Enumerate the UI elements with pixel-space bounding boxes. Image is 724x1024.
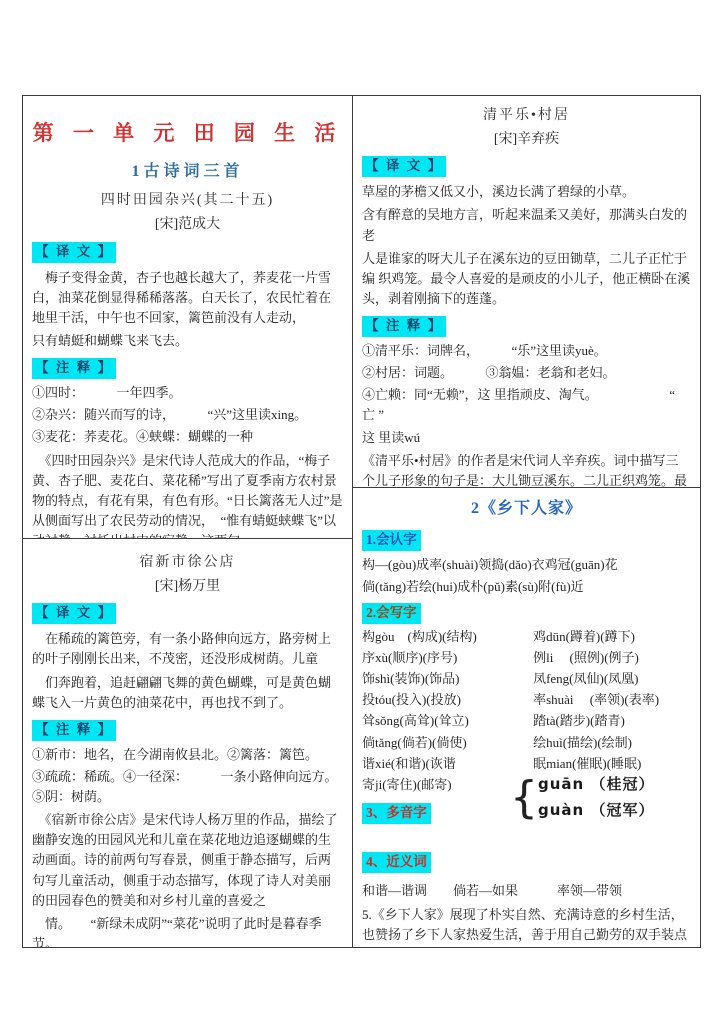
poem2-translation-2: 们奔跑着，追赶翩翩飞舞的黄色蝴蝶，可是黄色蝴蝶飞入一片黄色的油菜花中，再也找不到… — [32, 673, 343, 713]
subhead-duoyinzi: 3、多音字 — [362, 803, 431, 824]
poem1-author: [宋]范成大 — [32, 214, 343, 236]
xiezi-entry: 饰shì(装饰)(饰品) — [362, 669, 533, 689]
poem1-translation-1: 梅子变得金黄，杏子也越长越大了，荞麦花一片雪白，油菜花倒显得稀稀落落。白天长了，… — [32, 268, 343, 328]
section-poem-sishitianyuan: 第 一 单 元 田 园 生 活 1古诗词三首 四时田园杂兴(其二十五) [宋]范… — [23, 96, 352, 539]
section-poem-suxinshi: 宿新市徐公店 [宋]杨万里 【 译 文 】 在稀疏的篱笆旁，有一条小路伸向远方，… — [23, 539, 352, 947]
xiezi-row: 饰shì(装饰)(饰品) 凤feng(凤仙)(凤凰) — [362, 669, 691, 689]
renzi-line-2: 倘(tǎng)若绘(hui)成朴(pǔ)素(sù)附(fù)近 — [362, 577, 691, 597]
xiezi-entry: 倘tǎng(倘若)(倘使) — [362, 733, 533, 753]
xiezi-entry: 踏tà(踏步)(踏青) — [533, 711, 691, 731]
poem1-analysis-1: 《四时田园杂兴》是宋代诗人范成大的作品，“梅子黄、杏子肥、麦花白、菜花稀”写出了… — [32, 451, 343, 539]
subhead-huixiezi: 2.会写字 — [362, 603, 421, 624]
xiezi-entry: 谐xié(和谐)(诙谐 — [362, 754, 533, 774]
poem3-title: 清平乐•村居 — [362, 105, 691, 127]
xiezi-entry: 率shuài (率领)(表率) — [533, 690, 691, 710]
poem2-analysis-2: 情。 “新绿未成阴”“菜花”说明了此时是暮春季节。 — [32, 914, 343, 947]
zhushi-badge: 【 注 释 】 — [32, 720, 116, 741]
poem2-note-2: ③疏疏：稀疏。④一径深： 一条小路伸向远方。⑤阴：树荫。 — [32, 767, 343, 807]
yiwen-badge: 【 译 文 】 — [362, 156, 446, 177]
xiezi-entry: 眠mian(催眠)(睡眠) — [533, 754, 691, 774]
duoyinzi-reading-1: guān （桂冠） — [538, 772, 654, 798]
subhead-jinyici: 4、近义词 — [362, 852, 431, 873]
duoyinzi-reading-2: guàn （冠军） — [538, 798, 654, 824]
jinyici-line: 和谐—谐调 倘若—如果 率领—带领 — [362, 881, 691, 901]
zhushi-badge: 【 注 释 】 — [362, 316, 446, 337]
poem2-author: [宋]杨万里 — [32, 576, 343, 598]
poem1-note-3: ③麦花：荞麦花。④蛱蝶：蝴蝶的一种 — [32, 427, 343, 447]
xiezi-entry: 寄ji(寄住)(邮寄) — [362, 775, 533, 795]
lesson1-heading: 1古诗词三首 — [32, 160, 343, 185]
xiezi-row: 倘tǎng(倘若)(倘使) 绘huì(描绘)(绘制) — [362, 733, 691, 753]
zhushi-badge: 【 注 释 】 — [32, 358, 116, 379]
xiezi-row: 耸sǒng(高耸)(耸立) 踏tà(踏步)(踏青) — [362, 711, 691, 731]
poem1-note-2: ②杂兴：随兴而写的诗， “兴”这里读xing。 — [32, 405, 343, 425]
xiezi-entry: 例li (照例)(例子) — [533, 648, 691, 668]
poem1-title: 四时田园杂兴(其二十五) — [32, 190, 343, 212]
xiezi-row: 构gòu (构成)(结构) 鸡dūn(蹲着)(蹲下) — [362, 627, 691, 647]
yiwen-badge: 【 译 文 】 — [32, 242, 116, 263]
worksheet-table: 第 一 单 元 田 园 生 活 1古诗词三首 四时田园杂兴(其二十五) [宋]范… — [22, 95, 701, 948]
xiezi-entry: 耸sǒng(高耸)(耸立) — [362, 711, 533, 731]
xiezi-entry: 构gòu (构成)(结构) — [362, 627, 533, 647]
duoyinzi-readings: guān （桂冠） guàn （冠军） — [538, 772, 654, 823]
xiezi-entry: 序xù(顺序)(序号) — [362, 648, 533, 668]
poem3-author: [宋]辛弃疾 — [362, 129, 691, 151]
poem2-translation-1: 在稀疏的篱笆旁，有一条小路伸向远方，路旁树上的叶子刚刚长出来，不茂密，还没形成树… — [32, 629, 343, 669]
unit-title: 第 一 单 元 田 园 生 活 — [32, 117, 343, 150]
xiezi-row: 谐xié(和谐)(诙谐 眠mian(催眠)(睡眠) — [362, 754, 691, 774]
poem3-note-3: ④亡赖：同“无赖”，这 里指顽皮、淘气。 “ 亡 ” — [362, 385, 691, 425]
xiezi-entry: 投tóu(投入)(投放) — [362, 690, 533, 710]
poem2-title: 宿新市徐公店 — [32, 552, 343, 574]
poem1-translation-2: 只有蜻蜓和蝴蝶飞来飞去。 — [32, 331, 343, 351]
subhead-huirenzi: 1.会认字 — [362, 530, 421, 551]
renzi-line-1: 构—(gòu)成率(shuài)领捣(dǎo)衣鸡冠(guān)花 — [362, 555, 691, 575]
lesson2-summary: 5.《乡下人家》展现了朴实自然、充满诗意的乡村生活，也赞扬了乡下人家热爱生活，善… — [362, 905, 691, 947]
left-column: 第 一 单 元 田 园 生 活 1古诗词三首 四时田园杂兴(其二十五) [宋]范… — [23, 96, 353, 947]
poem3-note-4: 这 里读wú — [362, 428, 691, 448]
poem3-translation-3: 人是谁家的呀大儿子在溪东边的豆田锄草，二儿子正忙于编 织鸡笼。最令人喜爱的是顽皮… — [362, 249, 691, 309]
xiezi-entry: 鸡dūn(蹲着)(蹲下) — [533, 627, 691, 647]
poem3-translation-2: 含有醉意的吴地方言，听起来温柔又美好，那满头白发的老 — [362, 205, 691, 245]
xiezi-row: 投tóu(投入)(投放) 率shuài (率领)(表率) — [362, 690, 691, 710]
poem3-analysis: 《清平乐•村居》的作者是宋代词人辛弃疾。词中描写三个儿子形象的句子是：大儿锄豆溪… — [362, 451, 691, 488]
curly-brace-icon: { — [510, 778, 538, 818]
xiezi-row: 序xù(顺序)(序号) 例li (照例)(例子) — [362, 648, 691, 668]
xiezi-entry: 绘huì(描绘)(绘制) — [533, 733, 691, 753]
yiwen-badge: 【 译 文 】 — [32, 603, 116, 624]
xiezi-entry: 凤feng(凤仙)(凤凰) — [533, 669, 691, 689]
lesson2-heading: 2《乡下人家》 — [362, 497, 691, 522]
poem1-note-1: ①四时： 一年四季。 — [32, 383, 343, 403]
section-poem-qingpingyue: 清平乐•村居 [宋]辛弃疾 【 译 文 】 草屋的茅檐又低又小，溪边长满了碧绿的… — [353, 96, 700, 488]
right-column: 清平乐•村居 [宋]辛弃疾 【 译 文 】 草屋的茅檐又低又小，溪边长满了碧绿的… — [353, 96, 700, 947]
poem3-translation-1: 草屋的茅檐又低又小，溪边长满了碧绿的小草。 — [362, 182, 691, 202]
duoyinzi-brace-group: { guān （桂冠） guàn （冠军） — [510, 772, 654, 823]
poem3-note-2: ②村居：词题。 ③翁媪：老翁和老妇。 — [362, 363, 691, 383]
poem2-analysis-1: 《宿新市徐公店》是宋代诗人杨万里的作品，描绘了幽静安逸的田园风光和儿童在菜花地边… — [32, 810, 343, 911]
poem3-note-1: ①清平乐：词牌名， “乐”这里读yuè。 — [362, 341, 691, 361]
section-lesson-xiangxiarenjia: 2《乡下人家》 1.会认字 构—(gòu)成率(shuài)领捣(dǎo)衣鸡冠… — [353, 488, 700, 947]
poem2-note-1: ①新市：地名，在今湖南攸县北。②篱落：篱笆。 — [32, 745, 343, 765]
